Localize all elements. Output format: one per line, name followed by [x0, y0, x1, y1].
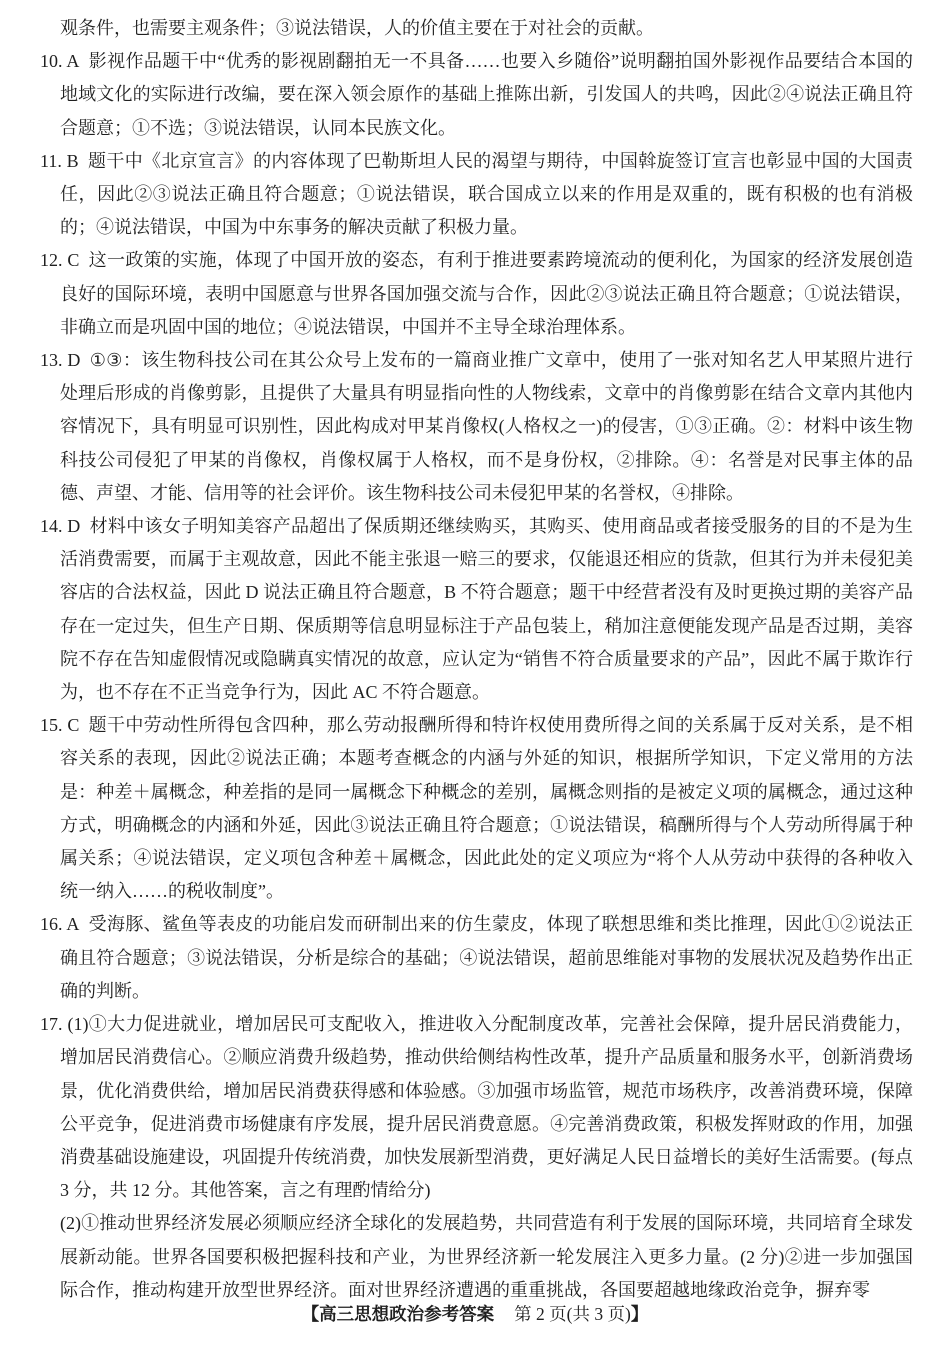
- answer-item: 12. C这一政策的实施，体现了中国开放的姿态，有利于推进要素跨境流动的便利化，…: [60, 244, 913, 344]
- answer-text: ①③：该生物科技公司在其公众号上发布的一篇商业推广文章中，使用了一张对知名艺人甲…: [60, 350, 913, 503]
- answer-item: 11. B题干中《北京宣言》的内容体现了巴勒斯坦人民的渴望与期待，中国斡旋签订宣…: [60, 145, 913, 245]
- answer-text: (1)①大力促进就业，增加居民可支配收入，推进收入分配制度改革，完善社会保障，提…: [60, 1014, 913, 1200]
- answer-text: (2)①推动世界经济发展必须顺应经济全球化的发展趋势，共同营造有利于发展的国际环…: [60, 1213, 913, 1299]
- answer-number: 12. C: [40, 250, 79, 270]
- answer-number: 14. D: [40, 516, 80, 536]
- answer-number: 10. A: [40, 51, 79, 71]
- answer-number: 13. D: [40, 350, 80, 370]
- answer-item: 14. D材料中该女子明知美容产品超出了保质期还继续购买，其购买、使用商品或者接…: [60, 510, 913, 709]
- answer-number: 11. B: [40, 151, 79, 171]
- footer-title: 【高三思想政治参考答案: [302, 1304, 495, 1324]
- answer-sheet-page: 观条件，也需要主观条件；③说法错误，人的价值主要在于对社会的贡献。10. A影视…: [0, 0, 950, 1350]
- answer-item: 17.(1)①大力促进就业，增加居民可支配收入，推进收入分配制度改革，完善社会保…: [60, 1008, 913, 1207]
- page-footer: 【高三思想政治参考答案第 2 页(共 3 页)】: [0, 1301, 950, 1327]
- answer-text: 影视作品题干中“优秀的影视剧翻拍无一不具备……也要入乡随俗”说明翻拍国外影视作品…: [60, 51, 913, 137]
- answer-text: 这一政策的实施，体现了中国开放的姿态，有利于推进要素跨境流动的便利化，为国家的经…: [60, 250, 913, 336]
- footer-close-bracket: 】: [631, 1304, 649, 1324]
- answer-item: 15. C题干中劳动性所得包含四种，那么劳动报酬所得和特许权使用费所得之间的关系…: [60, 709, 913, 908]
- answer-continuation: 观条件，也需要主观条件；③说法错误，人的价值主要在于对社会的贡献。: [60, 12, 913, 45]
- answer-text: 材料中该女子明知美容产品超出了保质期还继续购买，其购买、使用商品或者接受服务的目…: [60, 516, 913, 702]
- answer-text: 题干中劳动性所得包含四种，那么劳动报酬所得和特许权使用费所得之间的关系属于反对关…: [60, 715, 913, 901]
- answer-number: 15. C: [40, 715, 79, 735]
- footer-page-info: 第 2 页(共 3 页): [514, 1304, 631, 1324]
- answer-item: 16. A受海豚、鲨鱼等表皮的功能启发而研制出来的仿生蒙皮，体现了联想思维和类比…: [60, 908, 913, 1008]
- answer-continuation: (2)①推动世界经济发展必须顺应经济全球化的发展趋势，共同营造有利于发展的国际环…: [60, 1207, 913, 1307]
- answer-number: 16. A: [40, 914, 79, 934]
- answer-list: 观条件，也需要主观条件；③说法错误，人的价值主要在于对社会的贡献。10. A影视…: [60, 12, 913, 1307]
- answer-text: 受海豚、鲨鱼等表皮的功能启发而研制出来的仿生蒙皮，体现了联想思维和类比推理，因此…: [60, 914, 913, 1000]
- answer-item: 10. A影视作品题干中“优秀的影视剧翻拍无一不具备……也要入乡随俗”说明翻拍国…: [60, 45, 913, 145]
- answer-item: 13. D①③：该生物科技公司在其公众号上发布的一篇商业推广文章中，使用了一张对…: [60, 344, 913, 510]
- answer-text: 观条件，也需要主观条件；③说法错误，人的价值主要在于对社会的贡献。: [60, 18, 654, 38]
- answer-text: 题干中《北京宣言》的内容体现了巴勒斯坦人民的渴望与期待，中国斡旋签订宣言也彰显中…: [60, 151, 913, 237]
- answer-number: 17.: [40, 1014, 63, 1034]
